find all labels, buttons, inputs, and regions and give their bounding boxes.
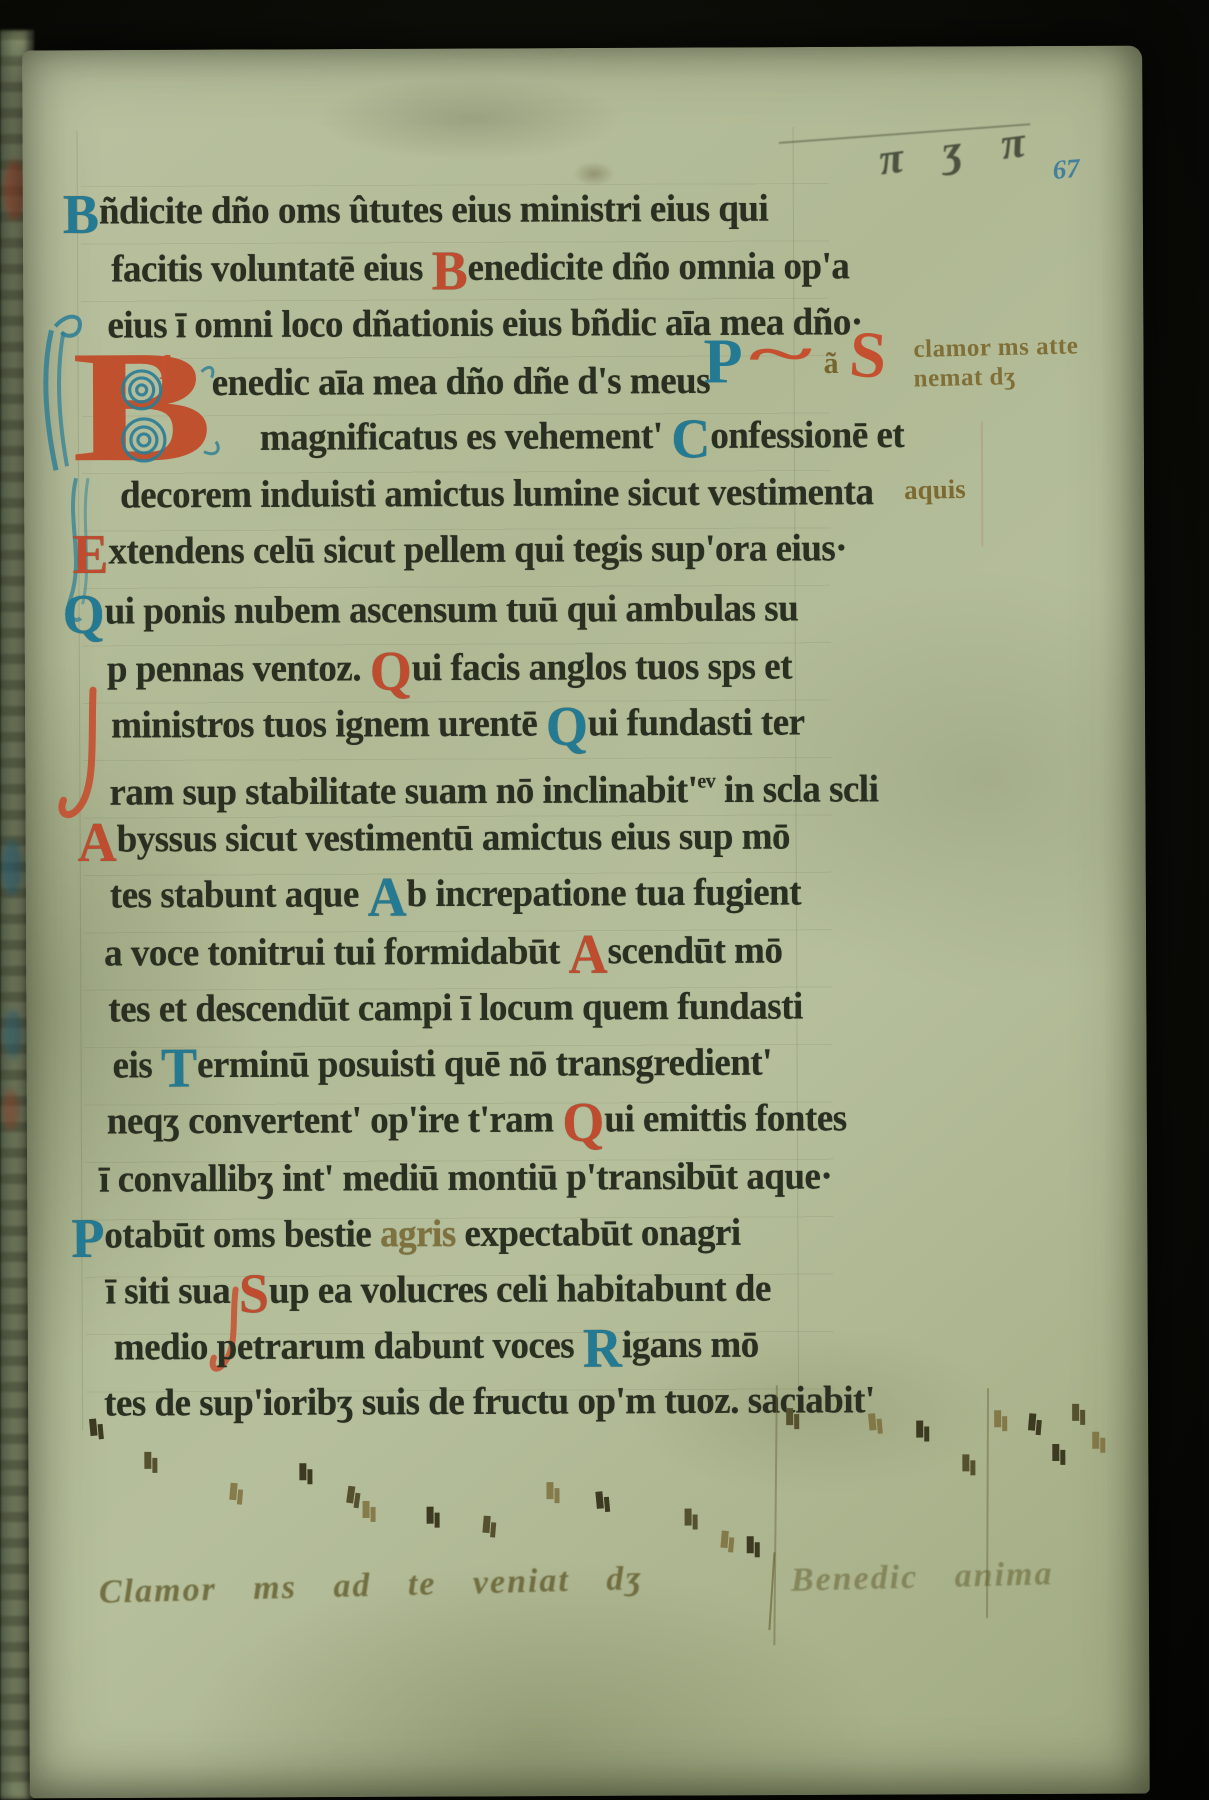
body-text: medio petrarum dabunt voces: [114, 1324, 583, 1369]
text-line: p pennas ventoz. Qui facis anglos tuos s…: [107, 642, 792, 697]
initial-capital: C: [671, 407, 710, 470]
text-line: decorem induisti amictus lumine sicut ve…: [120, 468, 874, 521]
neume-mark: [237, 1489, 243, 1504]
gloss-text: agris: [380, 1213, 456, 1256]
text-block: Bñdicite dño oms ûtutes eius ministri ei…: [22, 46, 1142, 51]
text-line: Abyssus sicut vestimentū amictus eius su…: [78, 812, 791, 867]
showthrough-red-initial: [3, 1090, 19, 1130]
initial-capital: B: [431, 239, 467, 302]
photo-backdrop: π ʒ π 67 B: [0, 0, 1209, 1800]
body-text: scendūt mō: [607, 929, 782, 972]
body-text: onfessionē et: [710, 414, 904, 457]
body-text: ñdicite dño oms ûtutes eius ministri eiu…: [99, 187, 768, 233]
neume-mark: [307, 1469, 312, 1484]
initial-capital: S: [239, 1262, 269, 1325]
initial-capital: Q: [562, 1091, 604, 1154]
folio-number: 67: [1052, 153, 1081, 186]
neume-mark: [924, 1427, 929, 1442]
neume-mark: [1002, 1416, 1007, 1431]
body-text: ui emittis fontes: [604, 1097, 846, 1141]
manuscript-page: π ʒ π 67 B: [22, 46, 1150, 1799]
initial-capital: A: [78, 811, 117, 874]
text-line: tes stabunt aque Ab increpatione tua fug…: [110, 868, 801, 923]
marginal-initial-P: P: [703, 329, 742, 393]
initial-capital: Q: [546, 695, 588, 758]
text-line: ī siti sua Sup ea volucres celi habitabu…: [106, 1264, 771, 1319]
text-line: ram sup stabilitate suam nō inclinabit'e…: [109, 756, 878, 819]
neume-mark: [728, 1537, 734, 1552]
initial-capital: B: [63, 183, 99, 246]
red-hook-mark: ſ: [159, 350, 169, 388]
body-text: ui facis anglos tuos sps et: [412, 645, 792, 689]
margin-note-line2: nemat dʒ: [913, 363, 1016, 393]
neume-mark: [755, 1542, 760, 1557]
body-text: expectabūt onagri: [456, 1211, 741, 1255]
text-line: neqʒ convertent' op'ire t'ram Qui emitti…: [107, 1094, 847, 1149]
body-text: erminū posuisti quē nō transgredient': [197, 1041, 772, 1086]
initial-capital: E: [72, 523, 108, 586]
neume-field: [22, 46, 1142, 51]
body-text: ui ponis nubem ascensum tuū qui ambulas …: [105, 587, 799, 633]
neume-mark: [490, 1522, 496, 1537]
initial-capital: Q: [370, 640, 412, 703]
body-text: p pennas ventoz.: [107, 647, 370, 691]
neume-mark: [604, 1497, 610, 1512]
red-squiggle-mark: ~: [749, 325, 813, 383]
neume-mark: [554, 1488, 559, 1503]
margin-note-aquis: aquis: [904, 474, 966, 506]
showthrough-blue-initial: [4, 1010, 22, 1058]
text-line: Extendens celū sicut pellem qui tegis su…: [72, 524, 847, 579]
quire-inscription: π ʒ π: [876, 114, 1042, 185]
body-text: enedic aīa mea dño dñe d's meus: [212, 360, 711, 405]
body-text: tes stabunt aque: [110, 873, 368, 917]
initial-capital: Q: [63, 583, 105, 646]
body-text: ministros tuos ignem urentē: [111, 702, 546, 747]
text-line: enedic aīa mea dño dñe d's meus: [212, 356, 711, 408]
initial-capital: A: [368, 866, 407, 929]
body-text: decorem induisti amictus lumine sicut ve…: [120, 471, 873, 517]
neume-mark: [970, 1460, 975, 1475]
neume-mark: [371, 1507, 376, 1522]
text-line: Qui ponis nubem ascensum tuū qui ambulas…: [63, 584, 799, 639]
neume-mark: [435, 1513, 440, 1528]
body-text: eis: [113, 1044, 162, 1087]
body-text: ev: [697, 770, 715, 793]
body-text: in scla scli: [715, 768, 878, 811]
neume-mark: [1036, 1420, 1042, 1435]
text-line: Bñdicite dño oms ûtutes eius ministri ei…: [63, 184, 769, 239]
body-text: ī convallibʒ int' mediū montiū p'transib…: [99, 1155, 832, 1201]
body-text: enedicite dño omnia op'a: [468, 245, 850, 289]
body-text: facitis voluntatē eius: [111, 247, 432, 291]
body-text: tes de sup'ioribʒ suis de fructu op'm tu…: [104, 1379, 875, 1425]
paragraph-mark: S: [847, 322, 888, 390]
initial-capital: R: [583, 1317, 622, 1380]
neume-mark: [693, 1515, 698, 1530]
neume-mark: [1060, 1450, 1065, 1465]
neume-mark: [354, 1493, 361, 1509]
text-line: tes de sup'ioribʒ suis de fructu op'm tu…: [104, 1376, 875, 1429]
body-text: byssus sicut vestimentū amictus eius sup…: [117, 815, 791, 861]
margin-note-line1: clamor ms atte: [913, 332, 1078, 364]
initial-capital: P: [71, 1207, 104, 1270]
text-line: ī convallibʒ int' mediū montiū p'transib…: [99, 1152, 832, 1205]
text-line: ministros tuos ignem urentē Qui fundasti…: [111, 698, 805, 753]
text-line: facitis voluntatē eius Benedicite dño om…: [111, 242, 849, 297]
text-line: medio petrarum dabunt voces Rigans mō: [114, 1320, 759, 1375]
showthrough-blue-initial: [2, 840, 22, 895]
body-text: otabūt oms bestie: [104, 1213, 380, 1257]
body-text: tes et descendūt campi ī locum quem fund…: [108, 985, 803, 1031]
body-text: neqʒ convertent' op'ire t'ram: [107, 1098, 563, 1143]
neume-mark: [1080, 1410, 1085, 1425]
body-text: xtendens celū sicut pellem qui tegis sup…: [108, 527, 847, 573]
text-line: a voce tonitrui tui formidabūt Ascendūt …: [104, 926, 783, 981]
text-line: tes et descendūt campi ī locum quem fund…: [108, 982, 803, 1035]
body-text: magnificatus es vehement': [260, 415, 672, 459]
body-text: b increpatione tua fugient: [407, 871, 802, 915]
text-line: eis Terminū posuisti quē nō transgredien…: [113, 1038, 773, 1093]
neume-mark: [794, 1414, 799, 1429]
body-text: a voce tonitrui tui formidabūt: [104, 930, 569, 975]
prick-ruling: [981, 421, 984, 546]
body-text: ram sup stabilitate suam nō inclinabit': [109, 769, 697, 814]
body-text: up ea volucres celi habitabunt de: [269, 1267, 771, 1312]
body-text: ui fundasti ter: [588, 701, 805, 745]
cursive-note-left: Clamor ms ad te veniat dʒ: [99, 1560, 644, 1612]
text-line: magnificatus es vehement' Confessionē et: [260, 411, 905, 466]
neume-mark: [152, 1458, 157, 1473]
neume-mark: [1100, 1438, 1105, 1453]
cursive-note-right: Benedic anima: [790, 1555, 1053, 1600]
text-line: Potabūt oms bestie agris expectabūt onag…: [71, 1208, 740, 1263]
initial-capital: T: [161, 1037, 197, 1100]
neume-mark: [877, 1419, 883, 1434]
body-text: igans mō: [622, 1323, 759, 1366]
abbreviation-a: ã: [823, 347, 838, 381]
initial-descender: [55, 690, 106, 830]
initial-capital: A: [568, 923, 607, 986]
body-text: ī siti sua: [106, 1270, 239, 1313]
